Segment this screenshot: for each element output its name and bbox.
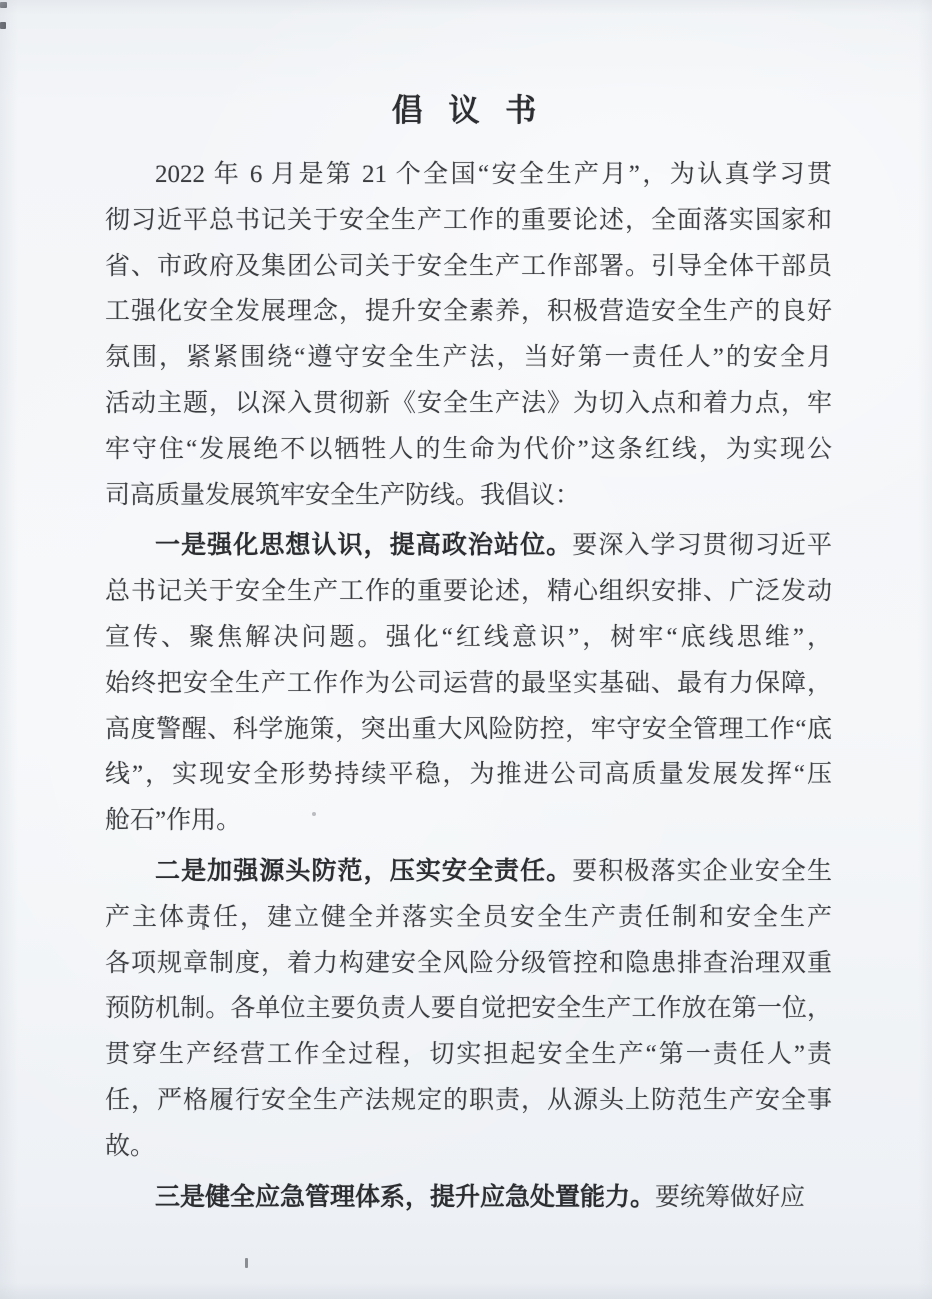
text-line: 活动主题，以深入贯彻新《安全生产法》为切入点和着力点，牢 (105, 381, 832, 427)
text-line: 故。 (105, 1124, 832, 1170)
text-line: 始终把安全生产工作作为公司运营的最坚实基础、最有力保障， (105, 661, 832, 707)
body-text: 要统筹做好应 (655, 1184, 805, 1211)
body-text: 彻习近平总书记关于安全生产工作的重要论述，全面落实国家和 (105, 207, 832, 234)
body-text: 始终把安全生产工作作为公司运营的最坚实基础、最有力保障， (105, 670, 832, 697)
body-text: 舱石”作用。 (105, 807, 241, 834)
document-body: 倡 议 书 2022 年 6 月是第 21 个全国“安全生产月”，为认真学习贯彻… (105, 88, 832, 1220)
body-text: 故。 (105, 1133, 155, 1160)
scan-speck (245, 1258, 248, 1268)
text-line: 预防机制。各单位主要负责人要自觉把安全生产工作放在第一位， (105, 986, 832, 1032)
bold-lead-in: 二是加强源头防范，压实安全责任。 (155, 858, 572, 885)
paragraph-3: 二是加强源头防范，压实安全责任。要积极落实企业安全生产主体责任，建立健全并落实全… (105, 849, 832, 1170)
scan-speck (0, 22, 6, 29)
body-text: 任，严格履行安全生产法规定的职责，从源头上防范生产安全事 (105, 1087, 832, 1114)
bold-lead-in: 一是强化思想认识，提高政治站位。 (155, 532, 572, 559)
bold-lead-in: 三是健全应急管理体系，提升应急处置能力。 (155, 1184, 655, 1211)
body-text: 线”，实现安全形势持续平稳，为推进公司高质量发展发挥“压 (105, 761, 832, 788)
body-text: 宣传、聚焦解决问题。强化“红线意识”，树牢“底线思维”， (105, 624, 832, 651)
body-text: 2022 年 6 月是第 21 个全国“安全生产月”，为认真学习贯 (155, 161, 832, 188)
text-line: 宣传、聚焦解决问题。强化“红线意识”，树牢“底线思维”， (105, 615, 832, 661)
body-text: 总书记关于安全生产工作的重要论述，精心组织安排、广泛发动 (105, 578, 832, 605)
body-text: 要深入学习贯彻习近平 (572, 532, 832, 559)
body-text: 要积极落实企业安全生 (572, 858, 832, 885)
text-line: 2022 年 6 月是第 21 个全国“安全生产月”，为认真学习贯 (105, 152, 832, 198)
document-title: 倡 议 书 (105, 88, 832, 134)
text-line: 省、市政府及集团公司关于安全生产工作部署。引导全体干部员 (105, 244, 832, 290)
text-line: 工强化安全发展理念，提升安全素养，积极营造安全生产的良好 (105, 289, 832, 335)
body-text: 各项规章制度，着力构建安全风险分级管控和隐患排查治理双重 (105, 950, 832, 977)
body-text: 活动主题，以深入贯彻新《安全生产法》为切入点和着力点，牢 (105, 390, 832, 417)
text-line: 彻习近平总书记关于安全生产工作的重要论述，全面落实国家和 (105, 198, 832, 244)
body-text: 高度警醒、科学施策，突出重大风险防控，牢守安全管理工作“底 (105, 716, 832, 743)
text-line: 产主体责任，建立健全并落实全员安全生产责任制和安全生产 (105, 895, 832, 941)
body-text: 牢守住“发展绝不以牺牲人的生命为代价”这条红线，为实现公 (105, 436, 832, 463)
text-line: 任，严格履行安全生产法规定的职责，从源头上防范生产安全事 (105, 1078, 832, 1124)
body-text: 预防机制。各单位主要负责人要自觉把安全生产工作放在第一位， (105, 995, 832, 1022)
text-line: 氛围，紧紧围绕“遵守安全生产法，当好第一责任人”的安全月 (105, 335, 832, 381)
text-line: 牢守住“发展绝不以牺牲人的生命为代价”这条红线，为实现公 (105, 427, 832, 473)
body-text: 省、市政府及集团公司关于安全生产工作部署。引导全体干部员 (105, 253, 832, 280)
text-line: 一是强化思想认识，提高政治站位。要深入学习贯彻习近平 (105, 523, 832, 569)
text-line: 线”，实现安全形势持续平稳，为推进公司高质量发展发挥“压 (105, 752, 832, 798)
paragraph-4: 三是健全应急管理体系，提升应急处置能力。要统筹做好应 (105, 1175, 832, 1221)
text-line: 舱石”作用。 (105, 798, 832, 844)
text-line: 高度警醒、科学施策，突出重大风险防控，牢守安全管理工作“底 (105, 707, 832, 753)
text-line: 总书记关于安全生产工作的重要论述，精心组织安排、广泛发动 (105, 569, 832, 615)
paragraphs-container: 2022 年 6 月是第 21 个全国“安全生产月”，为认真学习贯彻习近平总书记… (105, 152, 832, 1220)
scan-speck (0, 2, 7, 8)
body-text: 贯穿生产经营工作全过程，切实担起安全生产“第一责任人”责 (105, 1041, 832, 1068)
body-text: 氛围，紧紧围绕“遵守安全生产法，当好第一责任人”的安全月 (105, 344, 832, 371)
paragraph-1: 2022 年 6 月是第 21 个全国“安全生产月”，为认真学习贯彻习近平总书记… (105, 152, 832, 518)
scanned-document-page: 倡 议 书 2022 年 6 月是第 21 个全国“安全生产月”，为认真学习贯彻… (0, 0, 932, 1299)
body-text: 司高质量发展筑牢安全生产防线。我倡议： (105, 482, 580, 509)
body-text: 工强化安全发展理念，提升安全素养，积极营造安全生产的良好 (105, 298, 832, 325)
text-line: 司高质量发展筑牢安全生产防线。我倡议： (105, 473, 832, 519)
text-line: 各项规章制度，着力构建安全风险分级管控和隐患排查治理双重 (105, 941, 832, 987)
paragraph-2: 一是强化思想认识，提高政治站位。要深入学习贯彻习近平总书记关于安全生产工作的重要… (105, 523, 832, 844)
text-line: 二是加强源头防范，压实安全责任。要积极落实企业安全生 (105, 849, 832, 895)
text-line: 三是健全应急管理体系，提升应急处置能力。要统筹做好应 (105, 1175, 832, 1221)
text-line: 贯穿生产经营工作全过程，切实担起安全生产“第一责任人”责 (105, 1032, 832, 1078)
body-text: 产主体责任，建立健全并落实全员安全生产责任制和安全生产 (105, 904, 832, 931)
